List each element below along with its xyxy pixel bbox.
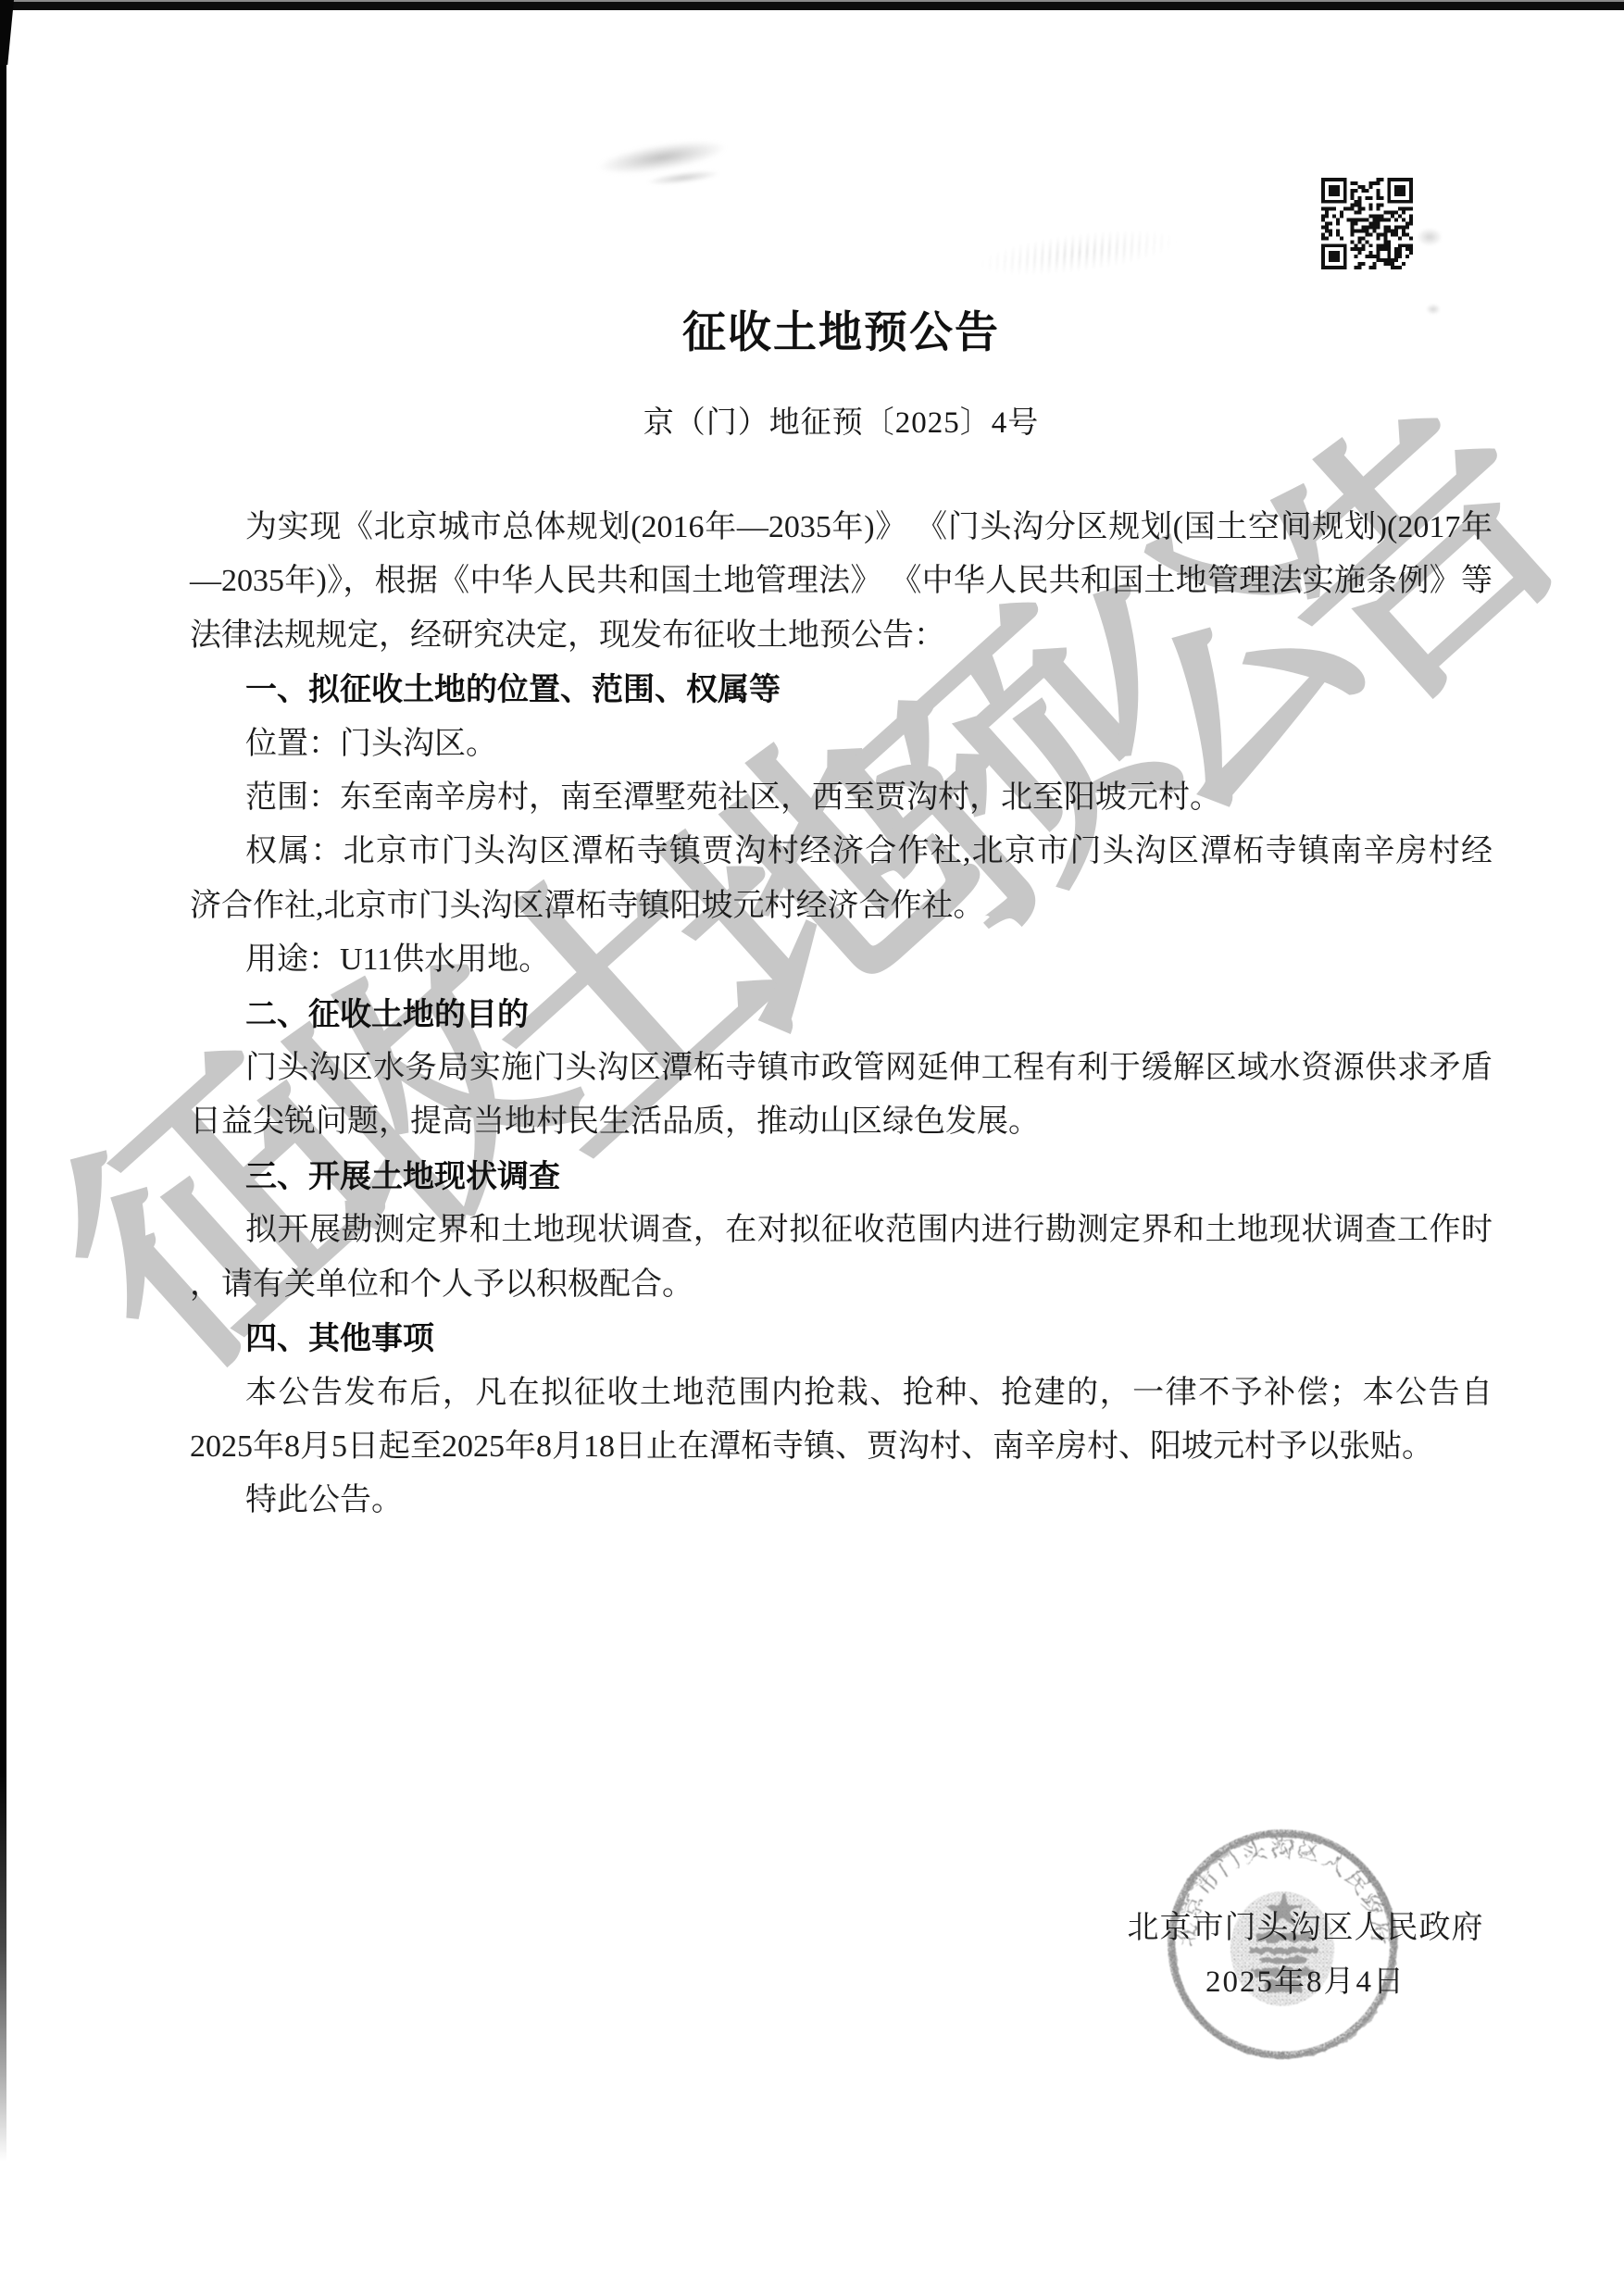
scan-border-top <box>0 0 1624 12</box>
body-line: 三、开展土地现状调查 <box>190 1150 1493 1204</box>
signature-block: 北京市门头沟区人民政府 2025年8月4日 <box>1018 1909 1593 2001</box>
body-line: ，请有关单位和个人予以积极配合。 <box>190 1258 1493 1312</box>
body-line: 用途：U11供水用地。 <box>190 933 1493 987</box>
body-line: 2025年8月5日起至2025年8月18日止在潭柘寺镇、贾沟村、南辛房村、阳坡元… <box>190 1420 1493 1474</box>
scan-dot-streak <box>975 221 1181 284</box>
body-line: 范围：东至南辛房村，南至潭墅苑社区，西至贾沟村，北至阳坡元村。 <box>190 771 1493 825</box>
body-line: 门头沟区水务局实施门头沟区潭柘寺镇市政管网延伸工程有利于缓解区域水资源供求矛盾 <box>190 1042 1493 1095</box>
scan-speck <box>1417 228 1443 246</box>
body-line: 济合作社,北京市门头沟区潭柘寺镇阳坡元村经济合作社。 <box>190 880 1493 933</box>
issuing-agency: 北京市门头沟区人民政府 <box>1018 1909 1593 1948</box>
scan-border-corner <box>0 0 14 65</box>
body-line: —2035年)》，根据《中华人民共和国土地管理法》 《中华人民共和国土地管理法实… <box>190 555 1493 608</box>
body-line: 本公告发布后，凡在拟征收土地范围内抢栽、抢种、抢建的，一律不予补偿；本公告自 <box>190 1366 1493 1420</box>
page-title: 征收土地预公告 <box>190 298 1493 360</box>
body-line: 位置：门头沟区。 <box>190 717 1493 771</box>
body-line: 法律法规规定，经研究决定，现发布征收土地预公告： <box>190 609 1493 663</box>
scanned-announcement-page: 征收土地预公告 征收土地预公告 京（门）地征预〔2025〕4号 为实现《北京城市… <box>0 0 1624 2296</box>
body-line: 为实现《北京城市总体规划(2016年—2035年)》 《门头沟分区规划(国土空间… <box>190 501 1493 555</box>
body-text: 为实现《北京城市总体规划(2016年—2035年)》 《门头沟分区规划(国土空间… <box>190 501 1493 1529</box>
doc-number: 京（门）地征预〔2025〕4号 <box>190 398 1493 442</box>
body-line: 日益尖锐问题，提高当地村民生活品质，推动山区绿色发展。 <box>190 1095 1493 1149</box>
body-line: 特此公告。 <box>190 1474 1493 1528</box>
scan-border-left <box>0 0 6 2162</box>
qr-code-icon <box>1321 178 1413 269</box>
body-line: 拟开展勘测定界和土地现状调查，在对拟征收范围内进行勘测定界和土地现状调查工作时 <box>190 1204 1493 1257</box>
body-line: 四、其他事项 <box>190 1312 1493 1366</box>
body-line: 一、拟征收土地的位置、范围、权属等 <box>190 663 1493 717</box>
issue-date: 2025年8月4日 <box>1018 1964 1593 2001</box>
body-line: 二、征收土地的目的 <box>190 988 1493 1042</box>
body-line: 权属：北京市门头沟区潭柘寺镇贾沟村经济合作社,北京市门头沟区潭柘寺镇南辛房村经 <box>190 825 1493 879</box>
